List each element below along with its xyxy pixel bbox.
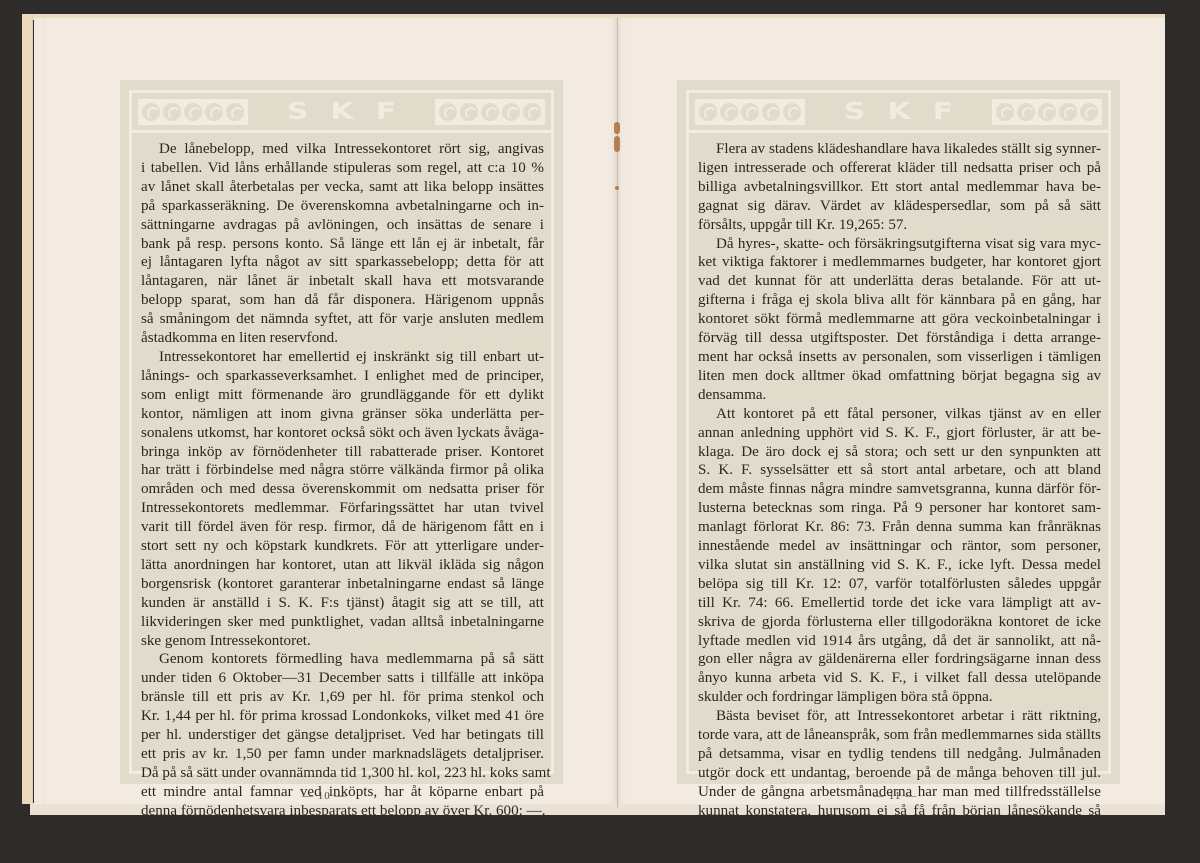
ball-bearing-icon (995, 102, 1015, 122)
ball-bearing-icon (719, 102, 739, 122)
text-line: ment har också insetts av personalen, so… (698, 348, 1101, 367)
text-line: bank på resp. persons konto. Så länge et… (141, 235, 544, 254)
ball-bearing-icon (162, 102, 182, 122)
ball-bearing-icon (480, 102, 500, 122)
text-line: kunnat konstatera, hurusom ej så få från… (698, 802, 1101, 821)
text-line: likvideringen sker med punktlighet, vada… (141, 613, 544, 632)
skf-header-band: SKF (689, 93, 1108, 133)
text-line: torde vara, att de låneanspråk, som från… (698, 726, 1101, 745)
paper-stain (615, 186, 619, 190)
paper-stain (614, 122, 620, 134)
ball-bearing-icon (1058, 102, 1078, 122)
text-line: åstadkomma en liten reservfond. (141, 329, 544, 348)
text-line: denna förnödenhetsvara inbesparats ett b… (141, 802, 544, 821)
ball-bearing-icon (501, 102, 521, 122)
text-line: ett pris av kr. 1,50 per famn under mark… (141, 745, 544, 764)
page-number-right: — 11 — (873, 790, 917, 802)
text-line: som enligt mitt förmenande äro grundlägg… (141, 386, 544, 405)
text-line: Kr. 1,44 per hl. för prima krossad Londo… (141, 707, 544, 726)
text-line: manlagt förlorat Kr. 86: 73. Från denna … (698, 518, 1101, 537)
ball-bearing-ornament-left (695, 99, 805, 125)
text-line: ej låntagaren lyfta något av sitt sparka… (141, 253, 544, 272)
text-line: Då hyres-, skatte- och försäkringsutgift… (698, 235, 1101, 254)
text-line: Då på så sätt under ovannämnda tid 1,300… (141, 764, 544, 783)
text-line: klaga. De äro dock ej så stora; och sett… (698, 443, 1101, 462)
paragraph: Intressekontoret har emellertid ej inskr… (141, 348, 544, 651)
text-line: så småningom det nämnda syftet, att för … (141, 310, 544, 329)
ball-bearing-icon (761, 102, 781, 122)
text-line: utgör dock ett undantag, beroende på de … (698, 764, 1101, 783)
skf-logo: SKF (265, 100, 418, 123)
left-page-frame: SKF De lånebelopp, med vilka Intressekon… (120, 80, 563, 784)
text-line: Att kontoret på ett fåtal personer, vilk… (698, 405, 1101, 424)
ball-bearing-icon (141, 102, 161, 122)
paper-stain (614, 136, 620, 152)
ball-bearing-icon (740, 102, 760, 122)
text-line: i tabellen. Vid låns erhållande stipuler… (141, 159, 544, 178)
text-line: Intressekontorets medlemmar. Förfaringss… (141, 499, 544, 518)
text-line: av lånet skall återbetalas per vecka, sa… (141, 178, 544, 197)
text-line: skriva de gjorda förlusterna eller tillg… (698, 613, 1101, 632)
text-line: ånyo kunna arbeta vid S. K. F., i vilket… (698, 669, 1101, 688)
text-line: densamma. (698, 386, 1101, 405)
text-line: låntagaren, när lånet är inbetalt skall … (141, 272, 544, 291)
text-line: lyftade medlen vid 1914 års utgång, då d… (698, 632, 1101, 651)
text-line: lånings- och sparkasseverksamhet. I enli… (141, 367, 544, 386)
ball-bearing-icon (204, 102, 224, 122)
text-line: under tiden 6 Oktober—31 December satts … (141, 669, 544, 688)
text-line: vad det kunnat för att underlätta deras … (698, 272, 1101, 291)
book-left-edge (22, 14, 33, 804)
text-line: varit till fördel även för resp. firmor,… (141, 518, 544, 537)
text-line: gagnat sig därav. Värdet av klädespersed… (698, 197, 1101, 216)
text-line: per hl. understiger det gängse detaljpri… (141, 726, 544, 745)
text-line: lusterna betecknas som ringa. På 9 perso… (698, 499, 1101, 518)
ball-bearing-icon (438, 102, 458, 122)
page-number-left: — 10 — (302, 790, 347, 802)
right-page-body-text: Flera av stadens klädeshandlare hava lik… (698, 140, 1101, 821)
text-line: på sparkasseräkning. De överenskomna avb… (141, 197, 544, 216)
text-line: kunden är anställd i S. K. F:s tjänst) å… (141, 594, 544, 613)
skf-logo: SKF (822, 100, 975, 123)
text-line: belopp sparat, som han då får disponera.… (141, 291, 544, 310)
text-line: liten men dock alltmer ökad omfattning b… (698, 367, 1101, 386)
text-line: Bästa beviset för, att Intressekontoret … (698, 707, 1101, 726)
ball-bearing-icon (782, 102, 802, 122)
ball-bearing-icon (1037, 102, 1057, 122)
paragraph: Då hyres-, skatte- och försäkringsutgift… (698, 235, 1101, 405)
ball-bearing-icon (698, 102, 718, 122)
text-line: områden och med dessa överenskommit om n… (141, 480, 544, 499)
text-line: kontoret sökt förmå medlemmarne att göra… (698, 310, 1101, 329)
paragraph: Bästa beviset för, att Intressekontoret … (698, 707, 1101, 820)
text-line: förväg till dessa utgiftsposter. Det för… (698, 329, 1101, 348)
text-line: De lånebelopp, med vilka Intressekontore… (141, 140, 544, 159)
ball-bearing-icon (522, 102, 542, 122)
ball-bearing-icon (225, 102, 245, 122)
text-line: S. K. F. sysselsätter ett så stort antal… (698, 461, 1101, 480)
text-line: Flera av stadens klädeshandlare hava lik… (698, 140, 1101, 159)
ball-bearing-icon (1079, 102, 1099, 122)
text-line: bringa inköp av förnödenheter till rabat… (141, 443, 544, 462)
text-line: billiga avbetalningsvillkor. Ett stort a… (698, 178, 1101, 197)
text-line: sättningarne avdragas på avlöningen, och… (141, 216, 544, 235)
skf-header-band: SKF (132, 93, 551, 133)
text-line: har trätt i förbindelse med några större… (141, 461, 544, 480)
text-line: stort sett ny och köpstark kundkrets. Fö… (141, 537, 544, 556)
ball-bearing-ornament-right (992, 99, 1102, 125)
text-line: försålts, uppgår till Kr. 19,265: 57. (698, 216, 1101, 235)
ball-bearing-icon (183, 102, 203, 122)
text-line: belöpa sig till Kr. 12: 07, varför total… (698, 575, 1101, 594)
text-line: Genom kontorets förmedling hava medlemma… (141, 650, 544, 669)
text-line: annan anledning upphört vid S. K. F., gj… (698, 424, 1101, 443)
text-line: borgensrisk (kontoret garanterar inbetal… (141, 575, 544, 594)
text-line: kontor, nämligen att inom givna gränser … (141, 405, 544, 424)
right-page-frame: SKF Flera av stadens klädeshandlare hava… (677, 80, 1120, 784)
ball-bearing-ornament-right (435, 99, 545, 125)
text-line: dem måste finnas några mindre samvetsgra… (698, 480, 1101, 499)
paragraph: Flera av stadens klädeshandlare hava lik… (698, 140, 1101, 235)
text-line: vilka slutat sin anställning vid S. K. F… (698, 556, 1101, 575)
text-line: bränsle till ett pris av Kr. 1,69 per hl… (141, 688, 544, 707)
text-line: ske genom Intressekontoret. (141, 632, 544, 651)
paragraph: De lånebelopp, med vilka Intressekontore… (141, 140, 544, 348)
text-line: på detsamma, visar en tydlig tendens til… (698, 745, 1101, 764)
text-line: lätta anordningen har kontoret, utan att… (141, 556, 544, 575)
text-line: skulder och fordringar lämpligen böra st… (698, 688, 1101, 707)
left-page-body-text: De lånebelopp, med vilka Intressekontore… (141, 140, 544, 821)
text-line: innestående medel av insättningar och rä… (698, 537, 1101, 556)
text-line: Intressekontoret har emellertid ej inskr… (141, 348, 544, 367)
paragraph: Att kontoret på ett fåtal personer, vilk… (698, 405, 1101, 708)
text-line: ket viktiga faktorer i medlemmarnes budg… (698, 253, 1101, 272)
text-line: sonalens utkomst, har kontoret också sök… (141, 424, 544, 443)
text-line: gon eller några av gäldenärerna eller fo… (698, 650, 1101, 669)
text-line: gifterna i fråga ej skola bliva allt för… (698, 291, 1101, 310)
ball-bearing-icon (1016, 102, 1036, 122)
ball-bearing-ornament-left (138, 99, 248, 125)
text-line: till Kr. 74: 66. Emellertid torde det ic… (698, 594, 1101, 613)
text-line: ligen intresserade och offererat kläder … (698, 159, 1101, 178)
ball-bearing-icon (459, 102, 479, 122)
